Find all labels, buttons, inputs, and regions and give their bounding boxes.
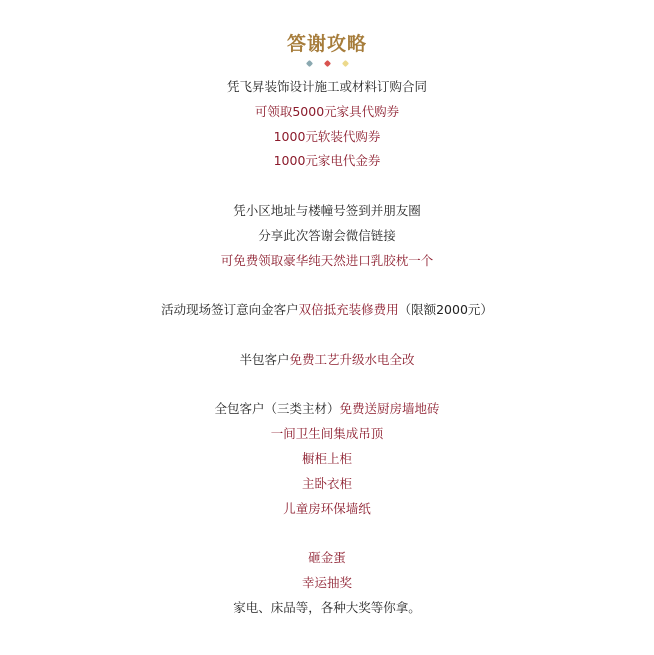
body-text: （限额2000元） xyxy=(399,302,493,317)
highlight-text: 一间卫生间集成吊顶 xyxy=(271,426,384,441)
highlight-text: 儿童房环保墙纸 xyxy=(283,501,371,516)
promo-line: 半包客户免费工艺升级水电全改 xyxy=(0,348,654,373)
section-spacer xyxy=(0,521,654,546)
body-text: 凭飞昇装饰设计施工或材料订购合同 xyxy=(227,79,427,94)
highlight-text: 橱柜上柜 xyxy=(302,451,352,466)
highlight-text: 可免费领取豪华纯天然进口乳胶枕一个 xyxy=(221,253,434,268)
promo-line: 可领取5000元家具代购券 xyxy=(0,100,654,125)
highlight-text: 1000元家电代金券 xyxy=(274,153,381,168)
promo-line: 一间卫生间集成吊顶 xyxy=(0,422,654,447)
promo-line: 橱柜上柜 xyxy=(0,447,654,472)
body-text: 半包客户 xyxy=(239,352,289,367)
body-text: 分享此次答谢会微信链接 xyxy=(258,228,396,243)
promo-line: 分享此次答谢会微信链接 xyxy=(0,224,654,249)
section-spacer xyxy=(0,273,654,298)
promo-line: 1000元软装代购券 xyxy=(0,125,654,150)
body-text: 家电、床品等，各种大奖等你拿。 xyxy=(233,600,421,615)
promo-line: 可免费领取豪华纯天然进口乳胶枕一个 xyxy=(0,249,654,274)
promo-page: 答谢攻略 凭飞昇装饰设计施工或材料订购合同可领取5000元家具代购券1000元软… xyxy=(0,0,654,655)
promo-line: 全包客户（三类主材）免费送厨房墙地砖 xyxy=(0,397,654,422)
body-text: 凭小区地址与楼幢号签到并朋友圈 xyxy=(233,203,421,218)
body-text: 活动现场签订意向金客户 xyxy=(161,302,299,317)
diamond-dot-icon xyxy=(323,60,330,67)
promo-line: 儿童房环保墙纸 xyxy=(0,497,654,522)
highlight-text: 免费送厨房墙地砖 xyxy=(340,401,440,416)
highlight-text: 砸金蛋 xyxy=(308,550,346,565)
promo-line: 家电、床品等，各种大奖等你拿。 xyxy=(0,596,654,621)
section-spacer xyxy=(0,174,654,199)
promo-line: 主卧衣柜 xyxy=(0,472,654,497)
section-spacer xyxy=(0,373,654,398)
section-spacer xyxy=(0,323,654,348)
title-decoration xyxy=(0,61,654,69)
promo-content: 凭飞昇装饰设计施工或材料订购合同可领取5000元家具代购券1000元软装代购券1… xyxy=(0,75,654,621)
highlight-text: 主卧衣柜 xyxy=(302,476,352,491)
promo-line: 凭小区地址与楼幢号签到并朋友圈 xyxy=(0,199,654,224)
highlight-text: 幸运抽奖 xyxy=(302,575,352,590)
diamond-dot-icon xyxy=(305,60,312,67)
body-text: 全包客户（三类主材） xyxy=(214,401,339,416)
promo-line: 幸运抽奖 xyxy=(0,571,654,596)
highlight-text: 双倍抵充装修费用 xyxy=(299,302,399,317)
diamond-dot-icon xyxy=(341,60,348,67)
highlight-text: 免费工艺升级水电全改 xyxy=(290,352,415,367)
highlight-text: 可领取5000元家具代购券 xyxy=(255,104,399,119)
promo-line: 活动现场签订意向金客户双倍抵充装修费用（限额2000元） xyxy=(0,298,654,323)
promo-line: 砸金蛋 xyxy=(0,546,654,571)
promo-line: 1000元家电代金券 xyxy=(0,149,654,174)
promo-line: 凭飞昇装饰设计施工或材料订购合同 xyxy=(0,75,654,100)
highlight-text: 1000元软装代购券 xyxy=(274,129,381,144)
page-title: 答谢攻略 xyxy=(0,31,654,57)
